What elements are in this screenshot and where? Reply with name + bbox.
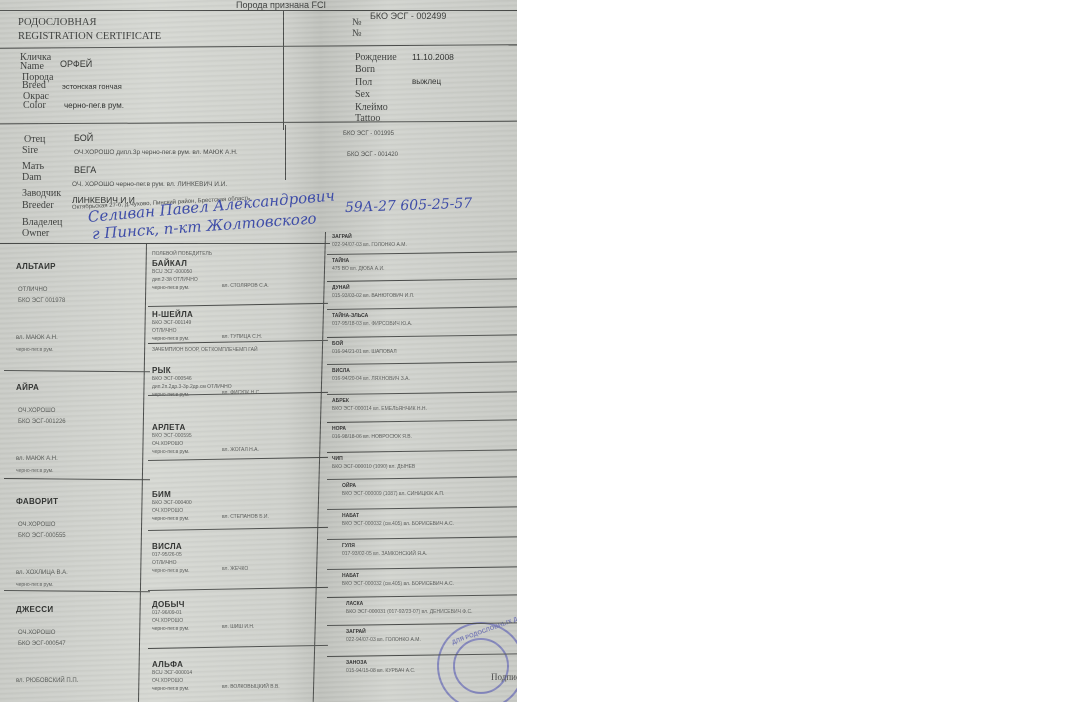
grandparent-name: АЙРА [16,383,39,392]
ancestor-owner: вл. ЖОГАЛ Н.А. [222,447,259,453]
born-label-en: Born [355,64,375,76]
owner-address-handwritten: 59А-27 605-25-57 [345,196,473,216]
ancestor-details: 022-94/07-03 вл. ГОЛОНКО А.М. [332,242,407,248]
ancestor-name: Н-ШЕЙЛА [152,310,193,319]
ancestor-details: 016-94/20-04 вл. ЛЯХНОВИЧ З.А. [332,376,410,382]
divider [0,243,330,244]
divider [327,594,517,598]
ancestor-color: черно-пег.в рум. [152,336,190,342]
ancestor-name: РЫК [152,366,171,375]
grandparent-registration: БКО ЭСГ 001978 [18,298,65,304]
ancestor-name: ЛАСКА [346,601,363,607]
ancestor-color: черно-пег.в рум. [152,568,190,574]
divider [283,10,284,130]
ancestor-name: ОЙРА [342,483,356,489]
grandparent-grade: ОЧ.ХОРОШО [18,522,55,528]
divider [327,361,517,365]
sex-label-en: Sex [355,89,370,101]
grandparent-owner: вл. РЮБОВСКИЙ П.П. [16,678,78,684]
ancestor-details: 015-94/15-08 вл. КУРБАЧ А.С. [346,668,415,674]
ancestor-grade: ОЧ.ХОРОШО [152,678,183,684]
sire-details: ОЧ.ХОРОШО дипл.3р черно-пег.в рум. вл. М… [74,149,238,156]
ancestor-name: БАЙКАЛ [152,259,187,268]
sire-name: БОЙ [74,133,93,143]
pedigree-certificate-photo: Порода признана FCI РОДОСЛОВНАЯ REGISTRA… [0,0,517,702]
divider [148,587,328,591]
divider [327,506,517,510]
ancestor-grade: ОТЛИЧНО [152,328,177,334]
dam-registration: БКО ЭСГ - 001420 [347,152,398,158]
dam-label-en: Dam [22,172,41,184]
divider [148,303,328,307]
ancestor-details: БКО ЭСГ-000010 (1090) вл. ДЫНЕВ [332,464,415,470]
sex-label-ru: Пол [355,77,372,89]
grandparent-owner: вл. МАЮК А.Н. [16,335,58,341]
grandparent-name: АЛЬТАИР [16,262,56,271]
ancestor-name: ЗАГРАЙ [346,629,366,635]
ancestor-name: ТАЙНА-ЭЛЬСА [332,313,368,319]
grandparent-color: черно-пег.в рум. [16,347,54,353]
ancestor-name: АЛЬФА [152,660,183,669]
ancestor-owner: вл. ШИШ И.Н. [222,624,254,630]
ancestor-details: 475 ВО вл. ДЮБА А.И. [332,266,384,272]
dam-details: ОЧ. ХОРОШО черно-пег.в рум. вл. ЛИНКЕВИЧ… [72,181,227,188]
title-en: REGISTRATION CERTIFICATE [18,31,161,42]
divider [4,478,150,480]
divider [285,125,286,180]
ancestor-details: БКО ЭСГ-000032 (см.405) вл. БОРИСЕВИЧ А.… [342,521,454,527]
ancestor-name: ЗАНОЗА [346,660,367,666]
ancestor-color: черно-пег.в рум. [152,392,190,398]
ancestor-name: БОЙ [332,341,343,347]
ancestor-name: ТАЙНА [332,258,349,264]
ancestor-color: черно-пег.в рум. [152,285,190,291]
grandparent-grade: ОЧ.ХОРОШО [18,408,55,414]
title-ru: РОДОСЛОВНАЯ [18,17,97,28]
ancestor-registration: БКО ЭСГ-001149 [152,320,191,326]
ancestor-name: АБРЕК [332,398,349,404]
divider [0,121,517,125]
grandparent-registration: БКО ЭСГ-000547 [18,641,66,647]
ancestor-registration: 017-95/26-05 [152,552,182,558]
ancestor-grade: ОЧ.ХОРОШО [152,618,183,624]
ancestor-color: черно-пег.в рум. [152,626,190,632]
ancestor-details: БКО ЭСГ-000014 вл. ЕМЕЛЬЯНЧИК Н.Н. [332,406,427,412]
registration-number: БКО ЭСГ - 002499 [370,11,446,21]
ancestor-details: 017-93/02-05 вл. ЗАМКОНСКИЙ Я.А. [342,551,427,557]
divider [138,243,147,702]
ancestor-titles: ЗАЧЕМПИОН БООР, ОЕТКОМПЛЕЧЕМП ГАЙ [152,347,258,353]
ancestor-grade: ОЧ.ХОРОШО [152,441,183,447]
ancestor-registration: BCU ЭСГ-000050 [152,269,192,275]
official-stamp: ДЛЯ РОДОСЛОВНЫХ ДОКУМЕНТОВ [437,622,517,702]
grandparent-registration: БКО ЭСГ-000555 [18,533,66,539]
ancestor-details: 016-98/18-06 вл. НОВРОСЮК Я.В. [332,434,412,440]
born-value: 11.10.2008 [412,52,454,62]
ancestor-color: черно-пег.в рум. [152,516,190,522]
grandparent-registration: БКО ЭСГ-001226 [18,419,66,425]
ancestor-owner: вл. СТЕПАНОВ Б.И. [222,514,269,520]
grandparent-color: черно-пег.в рум. [16,468,54,474]
ancestor-registration: БКО ЭСГ-000595 [152,433,192,439]
sire-label-en: Sire [22,145,38,157]
grandparent-owner: вл. МАЮК А.Н. [16,456,58,462]
ancestor-name: БИМ [152,490,171,499]
breed-recognition-text: Порода признана FCI [236,0,326,10]
ancestor-name: ВИСЛА [152,542,182,551]
grandparent-grade: ОТЛИЧНО [18,287,47,293]
number2-label: № [352,28,362,40]
tattoo-label-en: Tattoo [355,113,380,125]
ancestor-name: ГУЛЯ [342,543,355,549]
divider [148,645,328,649]
grandparent-grade: ОЧ.ХОРОШО [18,630,55,636]
ancestor-details: БКО ЭСГ-000031 (017-92/23-07) вл. ДЕНИСЕ… [346,609,472,615]
breed-value: эстонская гончая [62,82,122,91]
ancestor-name: АРЛЕТА [152,423,186,432]
divider [0,44,517,49]
ancestor-name: НАБАТ [342,573,359,579]
divider [148,527,328,531]
ancestor-registration: БКО ЭСГ-000546 [152,376,192,382]
divider [327,306,517,310]
divider [327,391,517,395]
color-value: черно-пег.в рум. [64,101,124,110]
grandparent-color: черно-пег.в рум. [16,582,54,588]
ancestor-title: ПОЛЕВОЙ ПОБЕДИТЕЛЬ [152,251,212,257]
ancestor-details: БКО ЭСГ-000032 (см.405) вл. БОРИСЕВИЧ А.… [342,581,454,587]
owner-label-en: Owner [22,228,49,240]
ancestor-name: НОРА [332,426,346,432]
ancestor-name: ЗАГРАЙ [332,234,352,240]
divider [4,590,150,592]
divider [327,251,517,255]
sex-value: выжлец [412,77,441,86]
breeder-label-ru: Заводчик [22,188,61,200]
dam-name: ВЕГА [74,165,96,175]
ancestor-name: ДОБЫЧ [152,600,185,609]
divider [327,449,517,453]
dog-name: ОРФЕЙ [60,59,92,69]
ancestor-color: черно-пег.в рум. [152,449,190,455]
ancestor-details: 022-94/07-03 вл. ГОЛОНКО А.М. [346,637,421,643]
ancestor-grade: ОТЛИЧНО [152,560,177,566]
divider [327,278,517,282]
divider [148,457,328,461]
ancestor-details: 015-93/03-02 вл. ВАНЮТОВИЧ И.Л. [332,293,414,299]
ancestor-name: ДУНАЙ [332,285,350,291]
ancestor-owner: вл. ФИСЮК Н.С. [222,390,261,396]
divider [4,370,150,372]
grandparent-name: ФАВОРИТ [16,497,58,506]
ancestor-name: ВИСЛА [332,368,350,374]
grandparent-name: ДЖЕССИ [16,605,53,614]
ancestor-color: черно-пег.в рум. [152,686,190,692]
ancestor-owner: вл. СТОЛЯРОВ С.А. [222,283,269,289]
ancestor-name: ЧИП [332,456,343,462]
ancestor-grade: ОЧ.ХОРОШО [152,508,183,514]
ancestor-owner: вл. ВОЛКОВЫЦКИЙ В.В. [222,684,280,690]
ancestor-grade: дип.2-3й ОТЛИЧНО [152,277,198,283]
stamp-emblem [453,638,509,694]
ancestor-registration: 017-96/09-01 [152,610,182,616]
ancestor-details: 017-95/18-03 вл. ФИРСОВИЧ Ю.А. [332,321,412,327]
ancestor-registration: BCU ЭСГ-000014 [152,670,192,676]
divider [327,419,517,423]
ancestor-details: 016-94/21-01 вл. ШАПОВАЛ [332,349,397,355]
divider [327,536,517,540]
breeder-label-en: Breeder [22,200,54,212]
color-label-en: Color [23,100,46,112]
divider [327,566,517,570]
ancestor-grade: дип.2п.2др.3-3р.2др.см ОТЛИЧНО [152,384,232,390]
born-label-ru: Рождение [355,52,397,64]
divider [327,476,517,480]
signature-label: Подпись [491,672,517,682]
divider [327,334,517,338]
ancestor-registration: БКО ЭСГ-000400 [152,500,192,506]
ancestor-name: НАБАТ [342,513,359,519]
ancestor-owner: вл. ТУПИЦА С.Н. [222,334,262,340]
ancestor-owner: вл. ЖЕЧКО [222,566,248,572]
grandparent-owner: вл. ХОХЛИЦА В.А. [16,570,68,576]
sire-registration: БКО ЭСГ - 001995 [343,131,394,137]
ancestor-details: БКО ЭСГ-000009 (1087) вл. СИНИЦЮК А.П. [342,491,444,497]
